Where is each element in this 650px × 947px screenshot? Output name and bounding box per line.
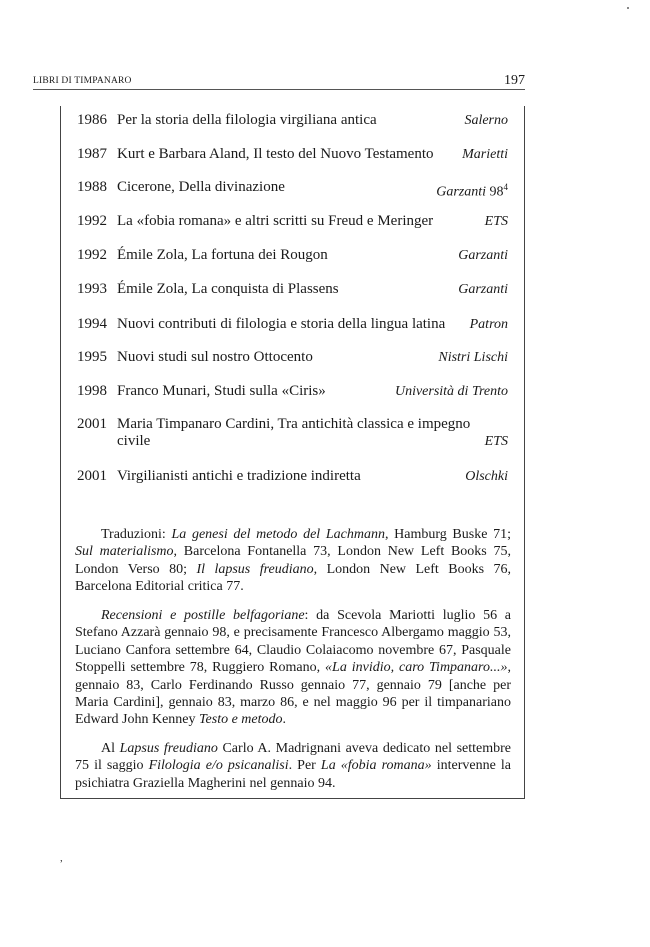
book-title: La genesi del metodo del Lachmann [172, 527, 385, 542]
entry-year: 1986 [77, 112, 107, 129]
scan-speck [627, 7, 629, 9]
entry-year: 2001 [77, 416, 107, 433]
entry-year: 1998 [77, 383, 107, 400]
entry-title: Kurt e Barbara Aland, Il testo del Nuovo… [117, 146, 434, 163]
entry-publisher: Olschki [465, 468, 508, 485]
entry-publisher: Marietti [462, 146, 508, 163]
entry-year: 1994 [77, 316, 107, 333]
entry-year: 1988 [77, 179, 107, 196]
essay-title: Filologia e/o psicanalisi [149, 758, 289, 773]
entry-title: Émile Zola, La fortuna dei Rougon [117, 247, 328, 264]
para-text: . [283, 712, 287, 727]
entry-title: Per la storia della filologia virgiliana… [117, 112, 377, 129]
reviews-paragraph: Recensioni e postille belfagoriane: da S… [75, 607, 511, 729]
book-title: Lapsus freudiano [120, 741, 218, 756]
running-head-title: LIBRI DI TIMPANARO [33, 76, 132, 86]
section-label: Recensioni e postille belfagoriane [101, 608, 305, 623]
para-text: , Hamburg Buske 71; [385, 527, 511, 542]
entry-publisher: ETS [485, 433, 508, 450]
edition-superscript: 4 [504, 182, 509, 192]
entry-year: 2001 [77, 468, 107, 485]
bibliography-box: 1986 Per la storia della filologia virgi… [60, 106, 525, 799]
entry-title: Nuovi studi sul nostro Ottocento [117, 349, 313, 366]
entry-publisher: Salerno [464, 112, 508, 129]
entry-title: Cicerone, Della divinazione [117, 179, 285, 196]
entry-title: Maria Timpanaro Cardini, Tra antichità c… [117, 416, 477, 450]
article-title: «La invidio, caro Timpanaro...» [325, 660, 507, 675]
lapsus-paragraph: Al Lapsus freudiano Carlo A. Madrignani … [75, 740, 511, 792]
translations-paragraph: Traduzioni: La genesi del metodo del Lac… [75, 526, 511, 596]
entry-year: 1995 [77, 349, 107, 366]
page-number: 197 [504, 73, 525, 89]
entry-publisher: Università di Trento [395, 383, 508, 400]
running-head: LIBRI DI TIMPANARO 197 [33, 73, 525, 90]
entry-publisher: Garzanti [458, 281, 508, 298]
book-title: Il lapsus freudiano [196, 562, 313, 577]
book-title: Testo e metodo [199, 712, 282, 727]
book-title: Sul materialismo [75, 544, 174, 559]
entry-title: Virgilianisti antichi e tradizione indir… [117, 468, 361, 485]
book-title: La «fobia romana» [321, 758, 432, 773]
para-text: . Per [289, 758, 321, 773]
publisher-name: Garzanti [436, 185, 486, 200]
para-text: Traduzioni: [101, 527, 172, 542]
entry-publisher: Garzanti 984 [436, 179, 508, 201]
publisher-year: 98 [486, 185, 504, 200]
entry-publisher: Garzanti [458, 247, 508, 264]
entry-year: 1987 [77, 146, 107, 163]
entry-year: 1992 [77, 247, 107, 264]
entry-publisher: Nistri Lischi [438, 349, 508, 366]
entry-title: Franco Munari, Studi sulla «Ciris» [117, 383, 326, 400]
entry-publisher: ETS [485, 213, 508, 230]
entry-year: 1992 [77, 213, 107, 230]
entry-title: Nuovi contributi di filologia e storia d… [117, 316, 445, 333]
entry-year: 1993 [77, 281, 107, 298]
entry-title: Émile Zola, La conquista di Plassens [117, 281, 339, 298]
entry-title: La «fobia romana» e altri scritti su Fre… [117, 213, 433, 230]
entry-publisher: Patron [470, 316, 508, 333]
para-text: Al [101, 741, 120, 756]
stray-mark: , [60, 852, 63, 864]
